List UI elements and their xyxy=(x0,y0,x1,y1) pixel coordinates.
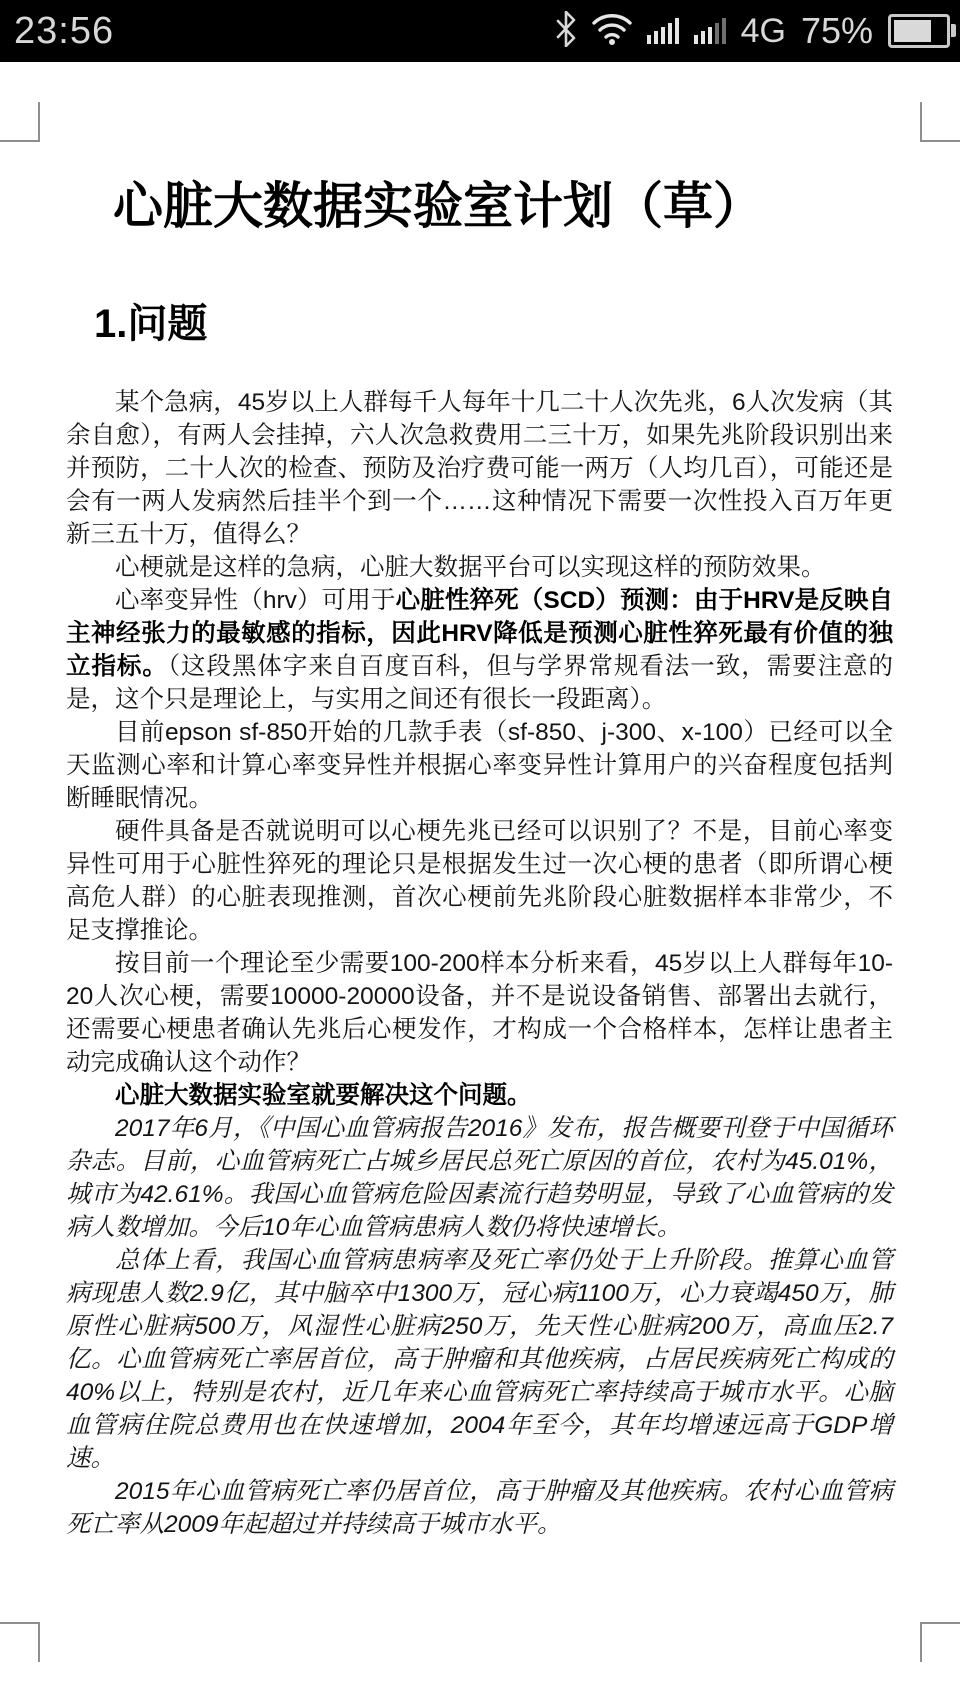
paragraph: 心脏大数据实验室就要解决这个问题。 xyxy=(66,1079,893,1112)
paragraph: 2017年6月，《中国心血管病报告2016》发布，报告概要刊登于中国循环杂志。目… xyxy=(66,1112,893,1244)
document-title: 心脏大数据实验室计划（草） xyxy=(113,174,893,238)
text-run: 某个急病，45岁以上人群每千人每年十几二十人次先兆，6人次发病（其余自愈），有两… xyxy=(66,389,893,548)
text-run: 心梗就是这样的急病，心脏大数据平台可以实现这样的预防效果。 xyxy=(115,554,826,581)
battery-fill xyxy=(894,20,931,42)
document-page-view[interactable]: 心脏大数据实验室计划（草） 1.问题 某个急病，45岁以上人群每千人每年十几二十… xyxy=(0,62,960,1706)
paragraph: 2015年心血管病死亡率仍居首位，高于肿瘤及其他疾病。农村心血管病死亡率从200… xyxy=(66,1475,893,1541)
paragraph: 某个急病，45岁以上人群每千人每年十几二十人次先兆，6人次发病（其余自愈），有两… xyxy=(66,386,893,551)
clock: 23:56 xyxy=(14,10,114,53)
text-run: 2017年6月，《中国心血管病报告2016》发布，报告概要刊登于中国循环杂志。目… xyxy=(66,1115,893,1241)
section-heading: 1.问题 xyxy=(94,300,893,348)
text-run: 按目前一个理论至少需要100-200样本分析来看，45岁以上人群每年10-20人… xyxy=(66,950,893,1076)
paragraph: 心率变异性（hrv）可用于心脏性猝死（SCD）预测：由于HRV是反映自主神经张力… xyxy=(66,584,893,716)
paragraph: 目前epson sf-850开始的几款手表（sf-850、j-300、x-100… xyxy=(66,716,893,815)
text-run: 目前epson sf-850开始的几款手表（sf-850、j-300、x-100… xyxy=(66,719,893,812)
network-type-label: 4G xyxy=(741,12,786,51)
paragraph: 心梗就是这样的急病，心脏大数据平台可以实现这样的预防效果。 xyxy=(66,551,893,584)
signal-partial-icon xyxy=(694,18,726,44)
document-body: 某个急病，45岁以上人群每千人每年十几二十人次先兆，6人次发病（其余自愈），有两… xyxy=(66,386,893,1541)
wifi-icon xyxy=(592,13,632,50)
paragraph: 硬件具备是否就说明可以心梗先兆已经可以识别了？不是，目前心率变异性可用于心脏性猝… xyxy=(66,815,893,947)
text-run: 总体上看，我国心血管病患病率及死亡率仍处于上升阶段。推算心血管病现患人数2.9亿… xyxy=(66,1247,893,1472)
text-run: 心率变异性（hrv）可用于 xyxy=(115,587,396,614)
crop-mark-top-left xyxy=(0,102,40,142)
status-bar: 23:56 4G 75% xyxy=(0,0,960,62)
battery-percentage: 75% xyxy=(801,10,873,52)
text-run: 2015年心血管病死亡率仍居首位，高于肿瘤及其他疾病。农村心血管病死亡率从200… xyxy=(66,1478,893,1538)
crop-mark-bottom-left xyxy=(0,1622,40,1662)
paragraph: 按目前一个理论至少需要100-200样本分析来看，45岁以上人群每年10-20人… xyxy=(66,947,893,1079)
text-run: （这段黑体字来自百度百科，但与学界常规看法一致，需要注意的是，这个只是理论上，与… xyxy=(66,653,893,713)
crop-mark-top-right xyxy=(920,102,960,142)
signal-full-icon xyxy=(647,18,679,44)
crop-mark-bottom-right xyxy=(920,1622,960,1662)
paragraph: 总体上看，我国心血管病患病率及死亡率仍处于上升阶段。推算心血管病现患人数2.9亿… xyxy=(66,1244,893,1475)
text-run: 硬件具备是否就说明可以心梗先兆已经可以识别了？不是，目前心率变异性可用于心脏性猝… xyxy=(66,818,893,944)
statusbar-icons: 4G 75% xyxy=(555,10,950,52)
text-run: 心脏大数据实验室就要解决这个问题。 xyxy=(115,1082,532,1109)
bluetooth-icon xyxy=(555,11,577,52)
document-content: 心脏大数据实验室计划（草） 1.问题 某个急病，45岁以上人群每千人每年十几二十… xyxy=(0,174,960,1541)
battery-icon xyxy=(888,14,950,48)
battery-nub xyxy=(951,24,956,37)
